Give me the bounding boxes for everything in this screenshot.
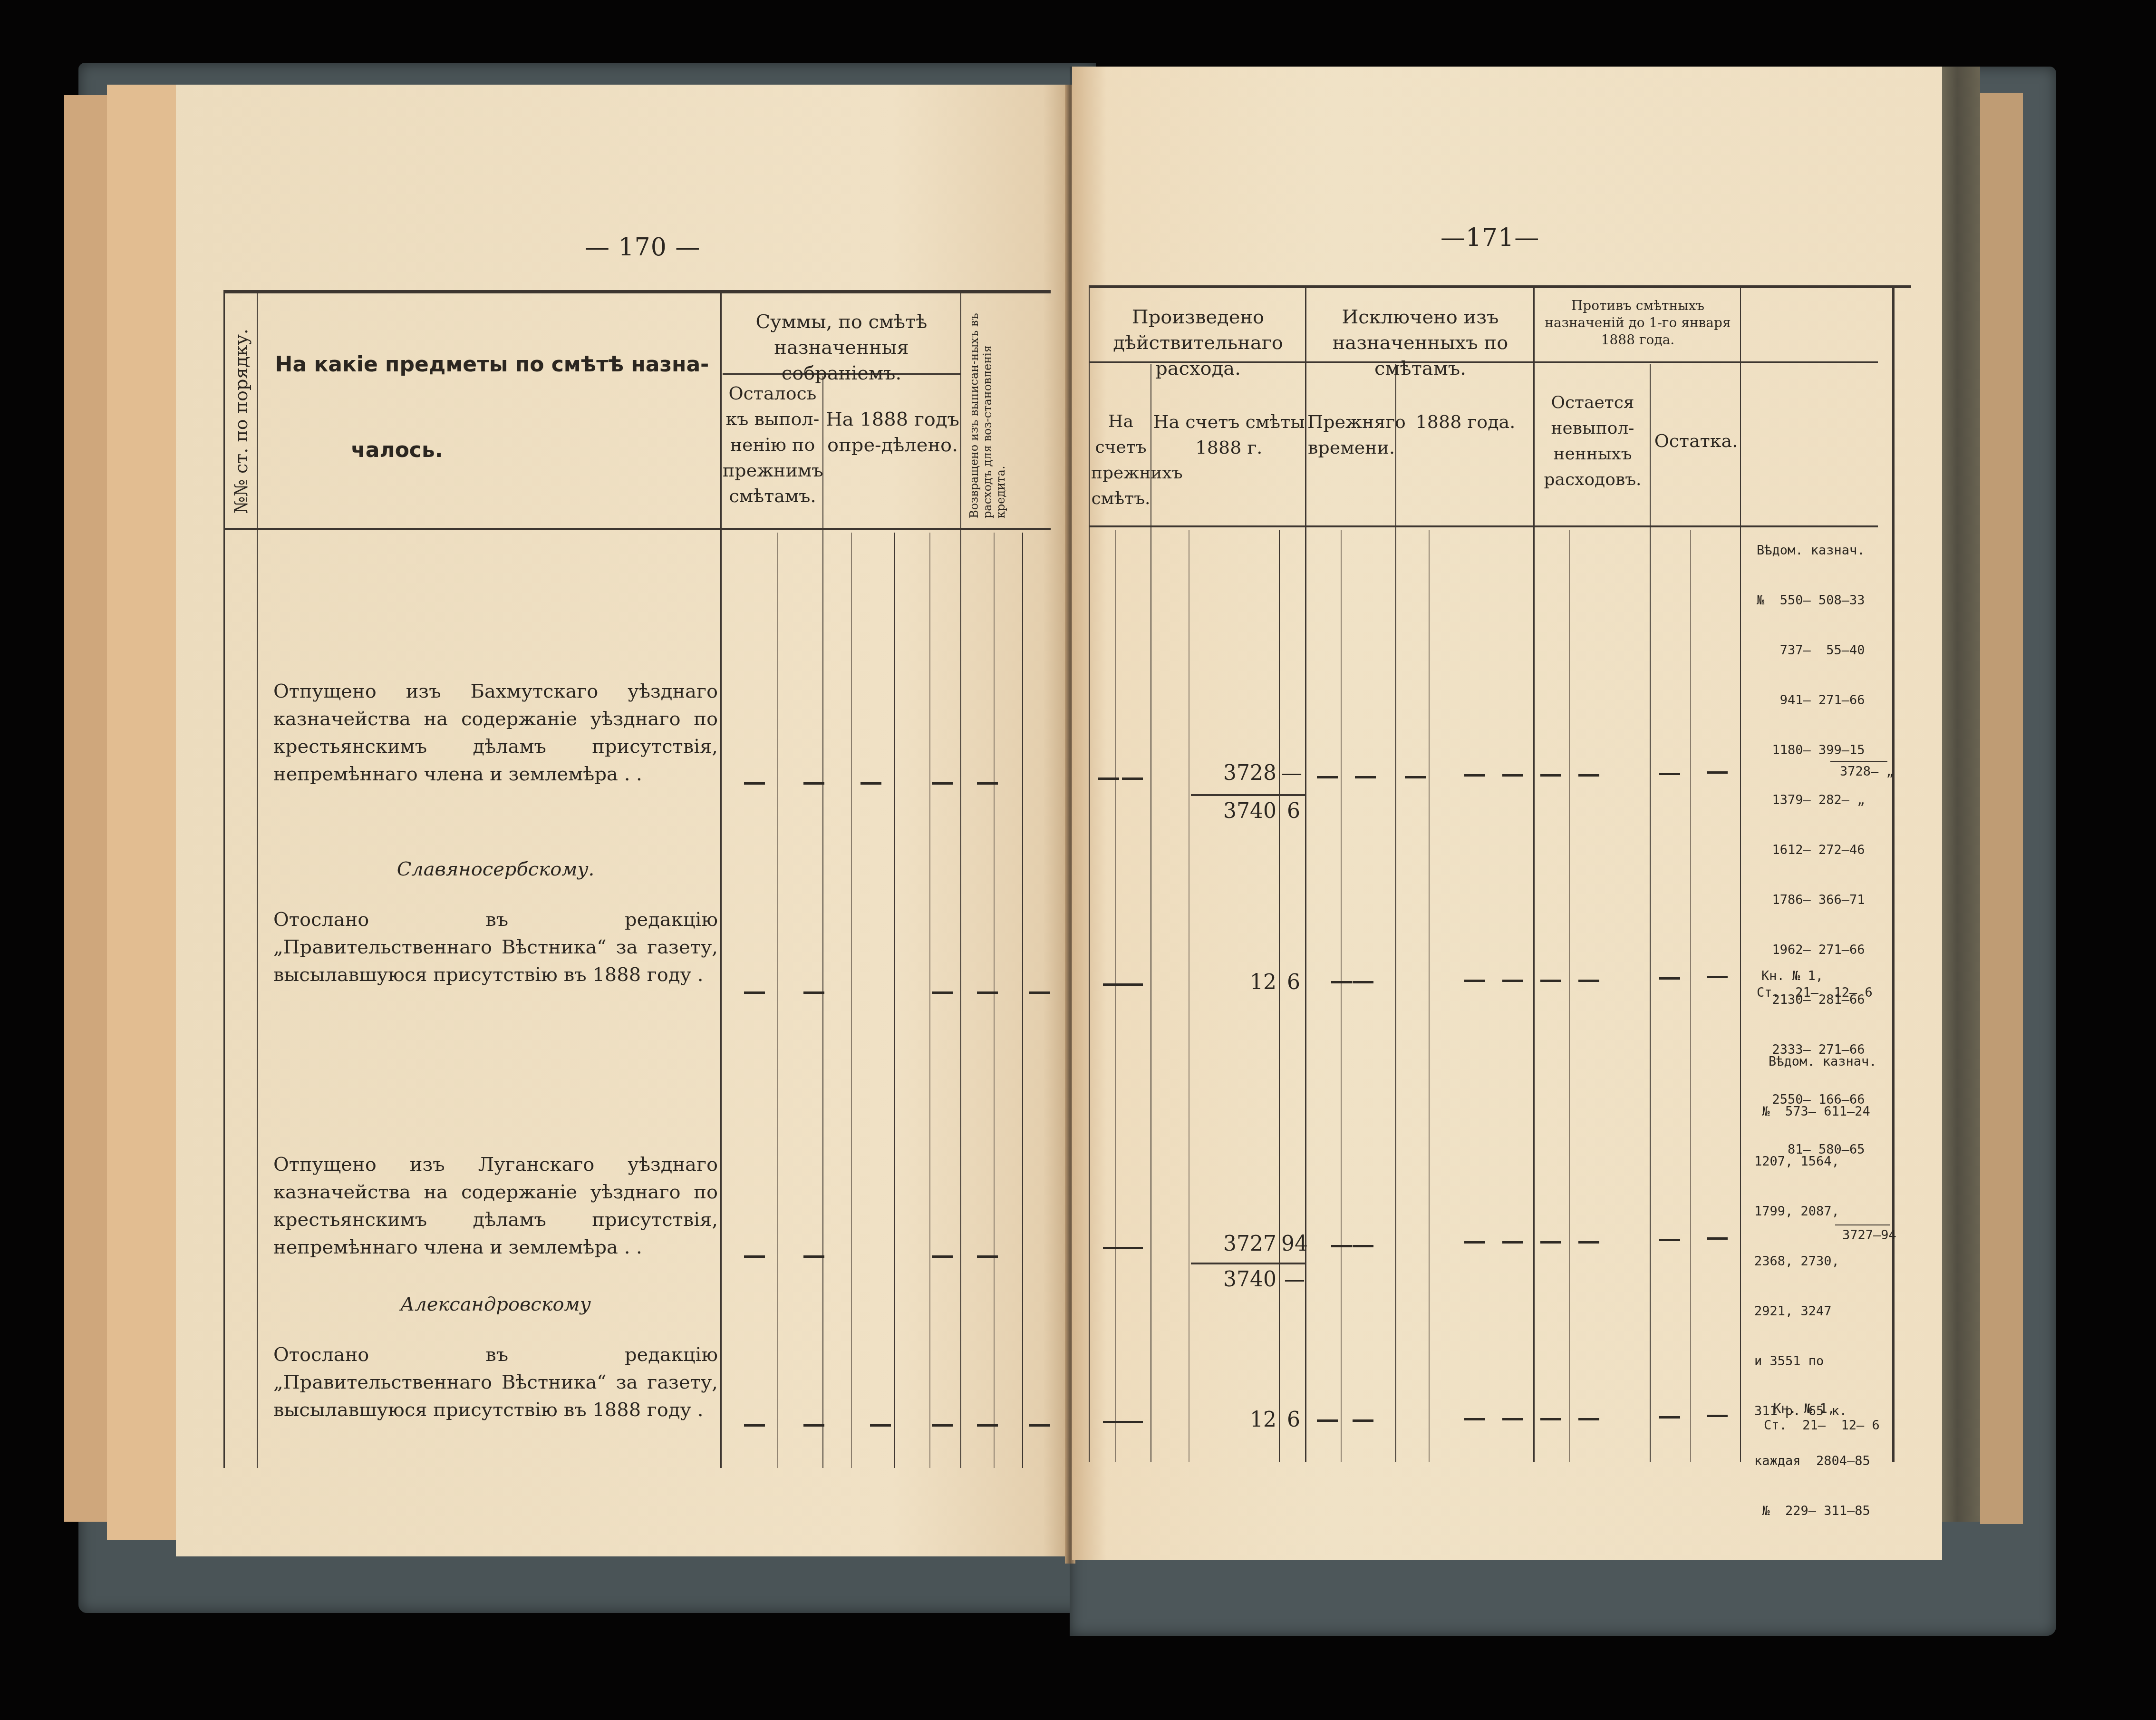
col-line xyxy=(223,291,225,1468)
note-kniga-1-title: Кн. № 1, xyxy=(1761,968,1823,984)
row3-amount-kop: 94 xyxy=(1281,1232,1305,1256)
table-top-rule xyxy=(223,290,1051,293)
row3-total-kop: — xyxy=(1281,1267,1305,1292)
header-col-returned: Возвращено изъ выписан-ныхъ въ расходъ д… xyxy=(967,295,1007,518)
value-dash xyxy=(1540,1241,1561,1244)
page-number-right: —171— xyxy=(1441,224,1539,252)
col-line xyxy=(1305,288,1306,1462)
value-dash xyxy=(744,782,765,785)
col-line xyxy=(777,533,778,1468)
page-stack-left xyxy=(107,85,176,1540)
value-dash xyxy=(1707,976,1728,978)
value-dash xyxy=(1317,1419,1338,1422)
note-kniga-2-title: Кн. № 1, xyxy=(1773,1400,1835,1417)
header-bottom-rule xyxy=(223,528,1051,530)
header-subject-line1: На какіе предметы по смѣтѣ назна- xyxy=(266,352,718,378)
col-line xyxy=(1279,530,1280,1462)
note-line: каждая 2804—85 xyxy=(1754,1453,1870,1469)
note-vedomost-1-total: 3728— „ xyxy=(1840,763,1894,780)
row3-amount-rub: 3727 xyxy=(1189,1232,1276,1256)
col-line xyxy=(1022,533,1023,1468)
note-line: 1962— 271—66 xyxy=(1757,942,1865,958)
col-line xyxy=(894,533,895,1468)
value-dash xyxy=(1502,1418,1523,1420)
note-line: № 573— 611—24 xyxy=(1754,1103,1870,1120)
header-col-remaining: Осталось къ выпол-ненію по прежнимъ смѣт… xyxy=(723,380,822,509)
note-sum-rule xyxy=(1830,761,1887,762)
header-col-1888-estimate: На счетъ смѣты 1888 г. xyxy=(1153,409,1305,460)
section-slavyanoserbsk: Славяносербскому. xyxy=(273,858,718,880)
endpaper-right xyxy=(1980,93,2023,1524)
note-line: 2921, 3247 xyxy=(1754,1303,1870,1320)
note-sum-rule xyxy=(1835,1224,1890,1225)
header-subject-line2: чалось. xyxy=(266,437,528,463)
sum-rule xyxy=(1191,1263,1305,1264)
col-line xyxy=(1429,530,1430,1462)
note-line: 1799, 2087, xyxy=(1754,1203,1870,1220)
note-line: 737— 55—40 xyxy=(1757,642,1865,659)
entry-bakhmut-text: Отпущено изъ Бахмутскаго уѣзднаго казнач… xyxy=(273,678,718,788)
note-line: 941— 271—66 xyxy=(1757,692,1865,709)
entry-slavyanoserbsk-text: Отослано въ редакцію „Правительственнаго… xyxy=(273,906,718,989)
row1-amount-kop: — xyxy=(1281,761,1300,785)
col-line xyxy=(1690,530,1691,1462)
value-dash xyxy=(870,1424,891,1427)
note-vedomost-1-title: Вѣдом. казнач. xyxy=(1757,542,1865,559)
value-dash xyxy=(1502,1241,1523,1244)
value-dash xyxy=(1540,1418,1561,1420)
col-line xyxy=(1189,530,1189,1462)
value-dash xyxy=(1098,777,1119,780)
value-dash xyxy=(1707,1237,1728,1240)
col-line xyxy=(1395,364,1396,1462)
note-vedomost-2-title: Вѣдом. казнач. xyxy=(1769,1053,1877,1070)
row2-amount-rub: 12 xyxy=(1189,970,1276,994)
value-dash xyxy=(1540,774,1561,777)
value-dash xyxy=(1355,776,1376,778)
page-number-left: — 170 — xyxy=(585,233,700,262)
value-dash xyxy=(932,782,953,785)
value-dash xyxy=(803,782,824,785)
col-line xyxy=(1089,288,1090,1462)
value-dash xyxy=(1578,774,1599,777)
value-dash xyxy=(744,1424,765,1427)
row3-total-rub: 3740 xyxy=(1189,1267,1276,1292)
value-dash xyxy=(860,782,881,785)
col-line xyxy=(1533,288,1535,1462)
value-dash xyxy=(1122,983,1143,986)
value-dash xyxy=(977,991,998,994)
col-line xyxy=(1740,288,1741,1462)
note-kniga-2-line: Ст. 21— 12— 6 xyxy=(1764,1417,1880,1434)
value-dash xyxy=(1353,1419,1373,1422)
header-bottom-rule-right xyxy=(1089,525,1878,527)
value-dash xyxy=(744,1255,765,1258)
header-col-balance: Остатка. xyxy=(1652,428,1740,454)
sum-rule xyxy=(1191,794,1305,796)
value-dash xyxy=(1122,1247,1143,1249)
value-dash xyxy=(1659,977,1680,980)
value-dash xyxy=(977,782,998,785)
col-line xyxy=(1650,364,1651,1462)
row1-amount-rub: 3728 xyxy=(1189,761,1276,785)
note-line: 1207, 1564, xyxy=(1754,1153,1870,1170)
value-dash xyxy=(1122,1421,1143,1423)
note-line: 1786— 366—71 xyxy=(1757,892,1865,908)
value-dash xyxy=(1331,1245,1352,1247)
col-line xyxy=(1151,364,1151,1462)
value-dash xyxy=(1502,774,1523,777)
value-dash xyxy=(1103,1421,1124,1423)
value-dash xyxy=(1029,991,1050,994)
value-dash xyxy=(1578,980,1599,982)
value-dash xyxy=(1464,980,1485,982)
value-dash xyxy=(977,1255,998,1258)
value-dash xyxy=(1464,774,1485,777)
col-line xyxy=(929,533,930,1468)
note-vedomost-2-lines: № 573— 611—24 1207, 1564, 1799, 2087, 23… xyxy=(1754,1070,1870,1536)
col-line xyxy=(1115,530,1116,1462)
col-line xyxy=(720,291,722,1468)
entry-aleksandrovsk-text: Отослано въ редакцію „Правительственнаго… xyxy=(273,1341,718,1424)
col-line xyxy=(960,291,961,1468)
note-line: 1180— 399—15 xyxy=(1757,742,1865,758)
value-dash xyxy=(977,1424,998,1427)
header-col-1888-year: 1888 года. xyxy=(1398,409,1533,435)
col-line xyxy=(822,376,823,1468)
value-dash xyxy=(1405,776,1426,778)
row2-amount-kop: 6 xyxy=(1281,970,1300,994)
value-dash xyxy=(1464,1241,1485,1244)
note-line: 1379— 282— „ xyxy=(1757,792,1865,808)
value-dash xyxy=(744,991,765,994)
value-dash xyxy=(803,1424,824,1427)
entry-lugansk-text: Отпущено изъ Луганскаго уѣзднаго казначе… xyxy=(273,1151,718,1261)
header-group-against: Противъ смѣтныхъ назначеній до 1-го янва… xyxy=(1536,297,1740,349)
value-dash xyxy=(932,1255,953,1258)
header-col-1888: На 1888 годъ опре-дѣлено. xyxy=(825,407,960,458)
value-dash xyxy=(1353,1245,1373,1247)
note-kniga-1-line: Ст. 21— 12— 6 xyxy=(1757,984,1873,1001)
col-line xyxy=(1892,288,1895,1462)
header-group-actual: Произведено дѣйствительнаго расхода. xyxy=(1091,304,1305,381)
header-col-prev-time: Прежняго времени. xyxy=(1307,409,1395,460)
value-dash xyxy=(932,991,953,994)
value-dash xyxy=(1103,1247,1124,1249)
value-dash xyxy=(1540,980,1561,982)
value-dash xyxy=(1659,1416,1680,1419)
value-dash xyxy=(1122,777,1143,780)
table-top-rule-right xyxy=(1089,285,1911,288)
header-col-number: №№ ст. по порядку. xyxy=(231,329,251,514)
col-line xyxy=(1569,530,1570,1462)
value-dash xyxy=(1103,983,1124,986)
value-dash xyxy=(1707,771,1728,774)
col-line xyxy=(1341,530,1342,1462)
note-line: № 550— 508—33 xyxy=(1757,592,1865,609)
value-dash xyxy=(1331,981,1352,983)
row1-total-rub: 3740 xyxy=(1189,799,1276,823)
note-line: 1612— 272—46 xyxy=(1757,842,1865,858)
value-dash xyxy=(1659,773,1680,775)
note-line: 2368, 2730, xyxy=(1754,1253,1870,1270)
value-dash xyxy=(803,1255,824,1258)
value-dash xyxy=(932,1424,953,1427)
page-stack-right xyxy=(1942,67,1980,1522)
value-dash xyxy=(1659,1239,1680,1241)
value-dash xyxy=(1029,1424,1050,1427)
section-aleksandrovsk: Александровскому xyxy=(273,1293,718,1315)
value-dash xyxy=(1578,1418,1599,1420)
value-dash xyxy=(803,991,824,994)
value-dash xyxy=(1502,980,1523,982)
header-group-sums: Суммы, по смѣтѣ назначенныя собраніемъ. xyxy=(723,309,960,386)
value-dash xyxy=(1353,981,1373,983)
col-line xyxy=(257,291,258,1468)
header-col-prev-estimates: На счетъ прежнихъ смѣтъ. xyxy=(1091,409,1151,512)
row4-amount-rub: 12 xyxy=(1189,1408,1276,1432)
note-line: № 229— 311—85 xyxy=(1754,1503,1870,1519)
header-col-unfulfilled: Остается невыпол-ненныхъ расходовъ. xyxy=(1536,390,1650,493)
value-dash xyxy=(1464,1418,1485,1420)
row4-amount-kop: 6 xyxy=(1281,1408,1300,1432)
value-dash xyxy=(1707,1415,1728,1417)
value-dash xyxy=(1578,1241,1599,1244)
header-group-excluded: Исключено изъ назначенныхъ по смѣтамъ. xyxy=(1307,304,1533,381)
row1-total-kop: 6 xyxy=(1281,799,1300,823)
note-vedomost-2-total: 3727—94 xyxy=(1842,1227,1896,1244)
left-page xyxy=(176,85,1070,1556)
col-line xyxy=(994,533,995,1468)
col-line xyxy=(851,533,852,1468)
note-line: и 3551 по xyxy=(1754,1353,1870,1370)
value-dash xyxy=(1317,776,1338,778)
